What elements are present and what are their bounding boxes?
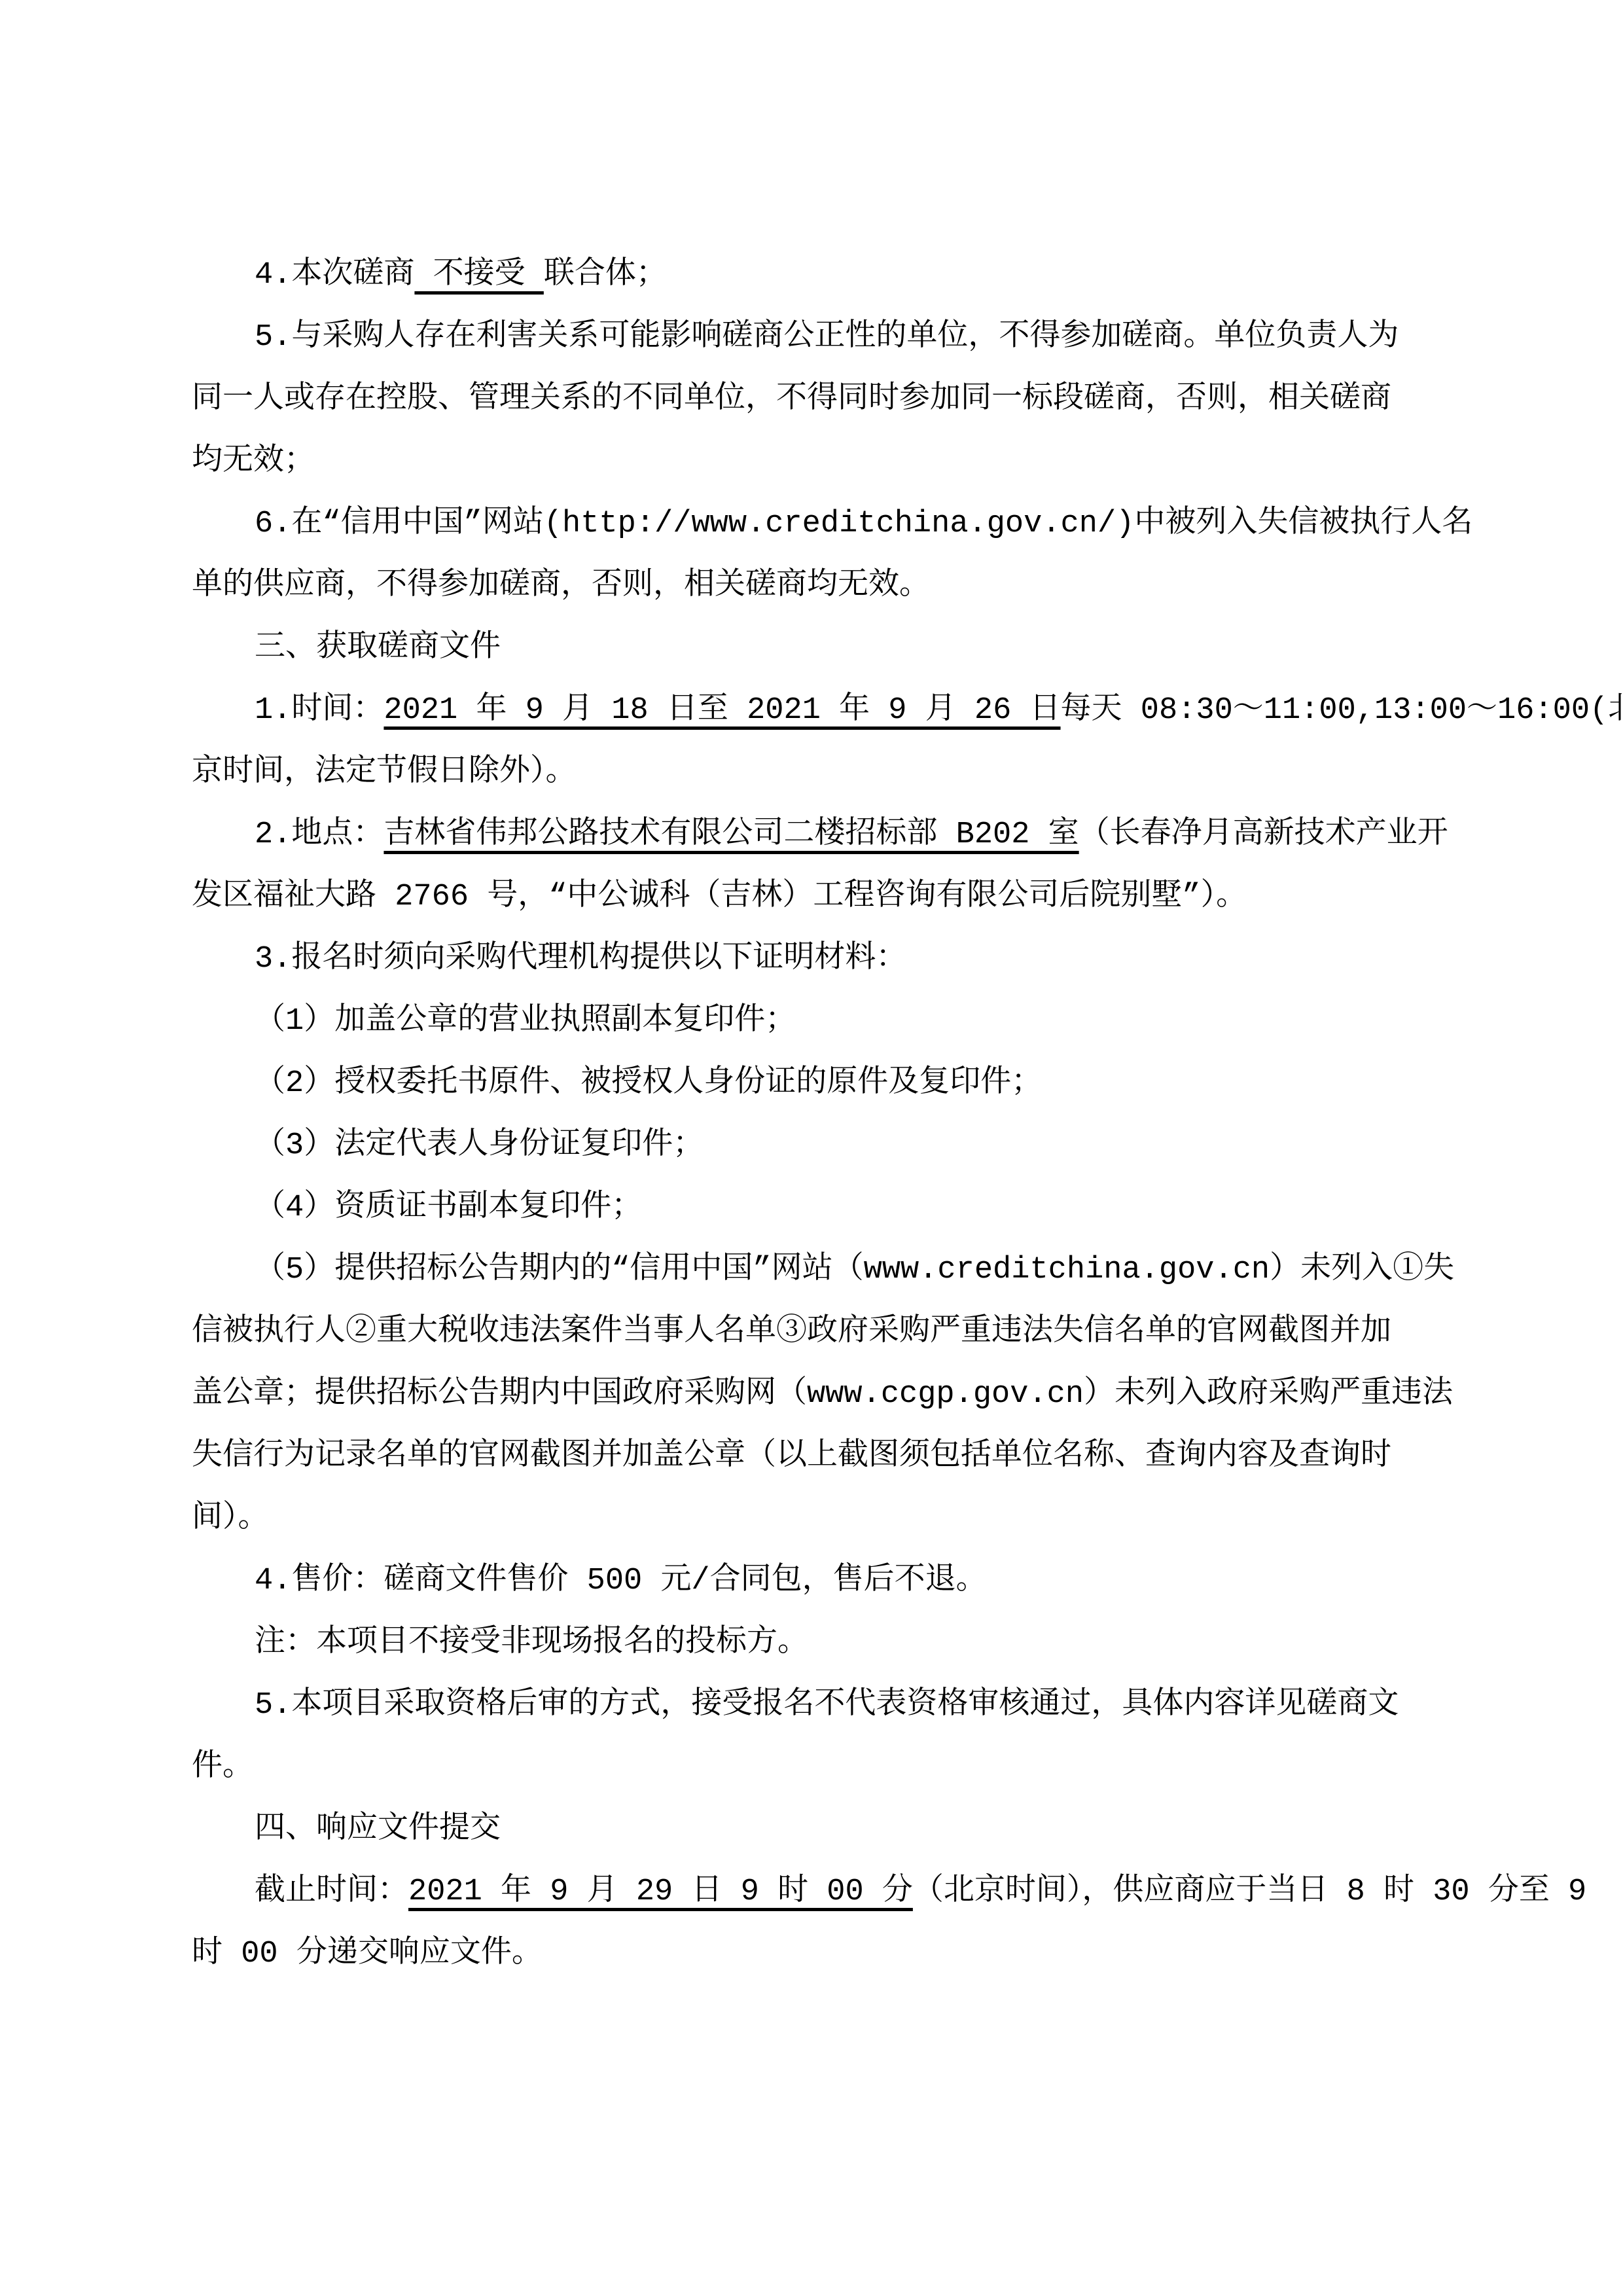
text-line: 失信行为记录名单的官网截图并加盖公章（以上截图须包括单位名称、查询内容及查询时 — [192, 1426, 1433, 1488]
text-line: 间）。 — [192, 1488, 1433, 1550]
text-line: 单的供应商，不得参加磋商，否则，相关磋商均无效。 — [192, 555, 1433, 617]
text-segment: 同一人或存在控股、管理关系的不同单位，不得同时参加同一标段磋商，否则，相关磋商 — [192, 382, 1391, 417]
text-segment: （5）提供招标公告期内的“信用中国”网站（www.creditchina.gov… — [255, 1253, 1454, 1287]
text-segment: 4.售价：磋商文件售价 500 元/合同包，售后不退。 — [255, 1564, 987, 1598]
text-segment: 联合体； — [544, 258, 667, 293]
text-line: 2.地点：吉林省伟邦公路技术有限公司二楼招标部 B202 室（长春净月高新技术产… — [192, 804, 1433, 866]
text-line: 发区福祉大路 2766 号，“中公诚科（吉林）工程咨询有限公司后院别墅”）。 — [192, 866, 1433, 928]
document-content: 4.本次磋商 不接受 联合体；5.与采购人存在利害关系可能影响磋商公正性的单位，… — [192, 244, 1433, 1985]
text-line: 4.本次磋商 不接受 联合体； — [192, 244, 1433, 306]
text-segment: 3.报名时须向采购代理机构提供以下证明材料： — [255, 942, 906, 977]
text-line: 4.售价：磋商文件售价 500 元/合同包，售后不退。 — [192, 1550, 1433, 1612]
text-segment: （4）资质证书副本复印件； — [255, 1191, 642, 1225]
text-segment: 均无效； — [192, 444, 315, 479]
text-segment: （2）授权委托书原件、被授权人身份证的原件及复印件； — [255, 1066, 1042, 1101]
text-line: （3）法定代表人身份证复印件； — [192, 1115, 1433, 1177]
text-segment: 三、获取磋商文件 — [255, 631, 501, 666]
text-segment: 失信行为记录名单的官网截图并加盖公章（以上截图须包括单位名称、查询内容及查询时 — [192, 1439, 1391, 1474]
text-line: 6.在“信用中国”网站(http://www.creditchina.gov.c… — [192, 493, 1433, 555]
text-segment: 6.在“信用中国”网站(http://www.creditchina.gov.c… — [255, 507, 1472, 541]
text-segment: （北京时间），供应商应于当日 8 时 30 分至 9 — [913, 1874, 1586, 1909]
text-segment: 发区福祉大路 2766 号，“中公诚科（吉林）工程咨询有限公司后院别墅”）。 — [192, 880, 1247, 914]
text-segment: 5.本项目采取资格后审的方式，接受报名不代表资格审核通过，具体内容详见磋商文 — [255, 1688, 1399, 1723]
text-line: 5.本项目采取资格后审的方式，接受报名不代表资格审核通过，具体内容详见磋商文 — [192, 1674, 1433, 1736]
text-line: 注：本项目不接受非现场报名的投标方。 — [192, 1612, 1433, 1674]
text-line: 截止时间：2021 年 9 月 29 日 9 时 00 分（北京时间），供应商应… — [192, 1861, 1433, 1923]
text-segment: 注：本项目不接受非现场报名的投标方。 — [255, 1626, 808, 1660]
text-segment: 件。 — [192, 1750, 253, 1785]
text-segment: 盖公章；提供招标公告期内中国政府采购网（www.ccgp.gov.cn）未列入政… — [192, 1377, 1453, 1412]
text-segment: 时 00 分递交响应文件。 — [192, 1937, 543, 1971]
underlined-text: 吉林省伟邦公路技术有限公司二楼招标部 B202 室 — [383, 817, 1079, 852]
text-segment: （1）加盖公章的营业执照副本复印件； — [255, 1004, 796, 1039]
text-line: 1.时间：2021 年 9 月 18 日至 2021 年 9 月 26 日每天 … — [192, 679, 1433, 742]
text-segment: 单的供应商，不得参加磋商，否则，相关磋商均无效。 — [192, 569, 930, 603]
text-line: 京时间，法定节假日除外）。 — [192, 742, 1433, 804]
underlined-text: 2021 年 9 月 29 日 9 时 00 分 — [408, 1874, 913, 1909]
text-segment: 4.本次磋商 — [255, 258, 414, 293]
text-line: （5）提供招标公告期内的“信用中国”网站（www.creditchina.gov… — [192, 1239, 1433, 1301]
text-segment: 信被执行人②重大税收违法案件当事人名单③政府采购严重违法失信名单的官网截图并加 — [192, 1315, 1391, 1350]
text-segment: 5.与采购人存在利害关系可能影响磋商公正性的单位，不得参加磋商。单位负责人为 — [255, 320, 1399, 355]
text-line: 5.与采购人存在利害关系可能影响磋商公正性的单位，不得参加磋商。单位负责人为 — [192, 306, 1433, 368]
text-line: 四、响应文件提交 — [192, 1799, 1433, 1861]
text-line: （2）授权委托书原件、被授权人身份证的原件及复印件； — [192, 1052, 1433, 1115]
text-segment: （3）法定代表人身份证复印件； — [255, 1128, 704, 1163]
underlined-text: 2021 年 9 月 18 日至 2021 年 9 月 26 日 — [383, 693, 1060, 728]
text-line: 盖公章；提供招标公告期内中国政府采购网（www.ccgp.gov.cn）未列入政… — [192, 1363, 1433, 1426]
text-line: 3.报名时须向采购代理机构提供以下证明材料： — [192, 928, 1433, 990]
text-segment: 京时间，法定节假日除外）。 — [192, 755, 577, 790]
text-line: 件。 — [192, 1736, 1433, 1799]
text-line: （4）资质证书副本复印件； — [192, 1177, 1433, 1239]
document-page: 4.本次磋商 不接受 联合体；5.与采购人存在利害关系可能影响磋商公正性的单位，… — [0, 0, 1623, 2296]
text-line: 三、获取磋商文件 — [192, 617, 1433, 679]
text-line: （1）加盖公章的营业执照副本复印件； — [192, 990, 1433, 1052]
text-segment: 截止时间： — [255, 1874, 408, 1909]
text-line: 信被执行人②重大税收违法案件当事人名单③政府采购严重违法失信名单的官网截图并加 — [192, 1301, 1433, 1363]
text-segment: （长春净月高新技术产业开 — [1079, 817, 1448, 852]
text-segment: 间）。 — [192, 1501, 269, 1536]
text-line: 均无效； — [192, 431, 1433, 493]
underlined-text: 不接受 — [414, 258, 543, 293]
text-segment: 1.时间： — [255, 693, 383, 728]
text-segment: 四、响应文件提交 — [255, 1812, 501, 1847]
text-line: 同一人或存在控股、管理关系的不同单位，不得同时参加同一标段磋商，否则，相关磋商 — [192, 368, 1433, 431]
text-line: 时 00 分递交响应文件。 — [192, 1923, 1433, 1985]
text-segment: 每天 08:30～11:00,13:00～16:00(北 — [1061, 693, 1623, 728]
text-segment: 2.地点： — [255, 817, 383, 852]
